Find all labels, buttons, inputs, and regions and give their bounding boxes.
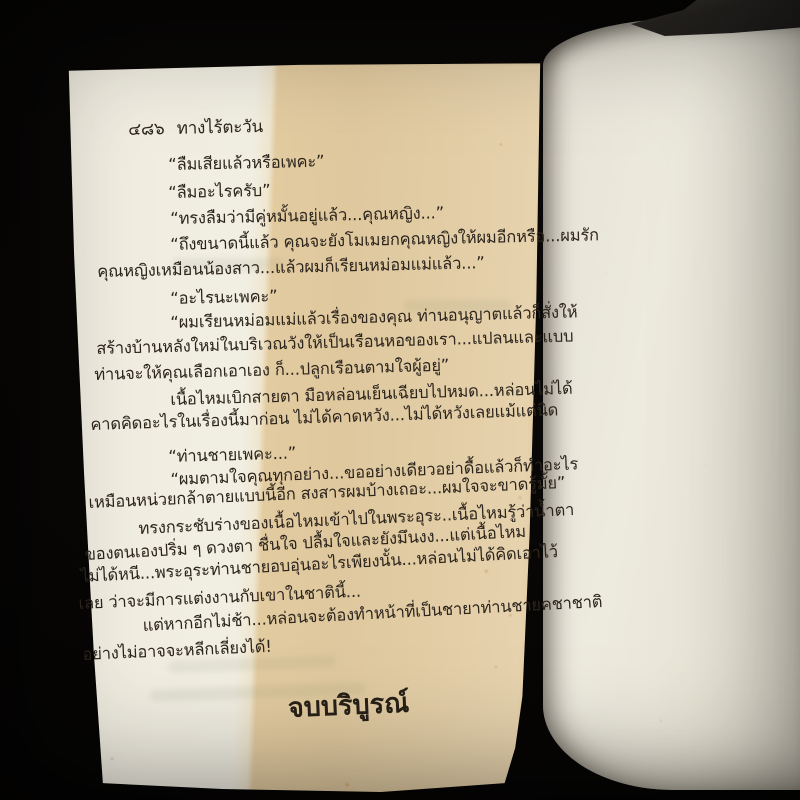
- facing-blank-page: [543, 18, 800, 790]
- running-title: ทางไร้ตะวัน: [176, 117, 263, 139]
- page-header: ๔๘๖ ทางไร้ตะวัน: [128, 113, 263, 143]
- text-line: “ลืมเสียแล้วหรือเพคะ”: [168, 149, 325, 178]
- page-number: ๔๘๖: [128, 119, 165, 140]
- ending-label: จบบริบูรณ์: [287, 681, 410, 729]
- book-photo: ๔๘๖ ทางไร้ตะวัน “ลืมเสียแล้วหรือเพคะ” “ล…: [0, 0, 800, 800]
- text-line: “ลืมอะไรครับ”: [168, 178, 271, 206]
- paper-grain: [543, 18, 800, 790]
